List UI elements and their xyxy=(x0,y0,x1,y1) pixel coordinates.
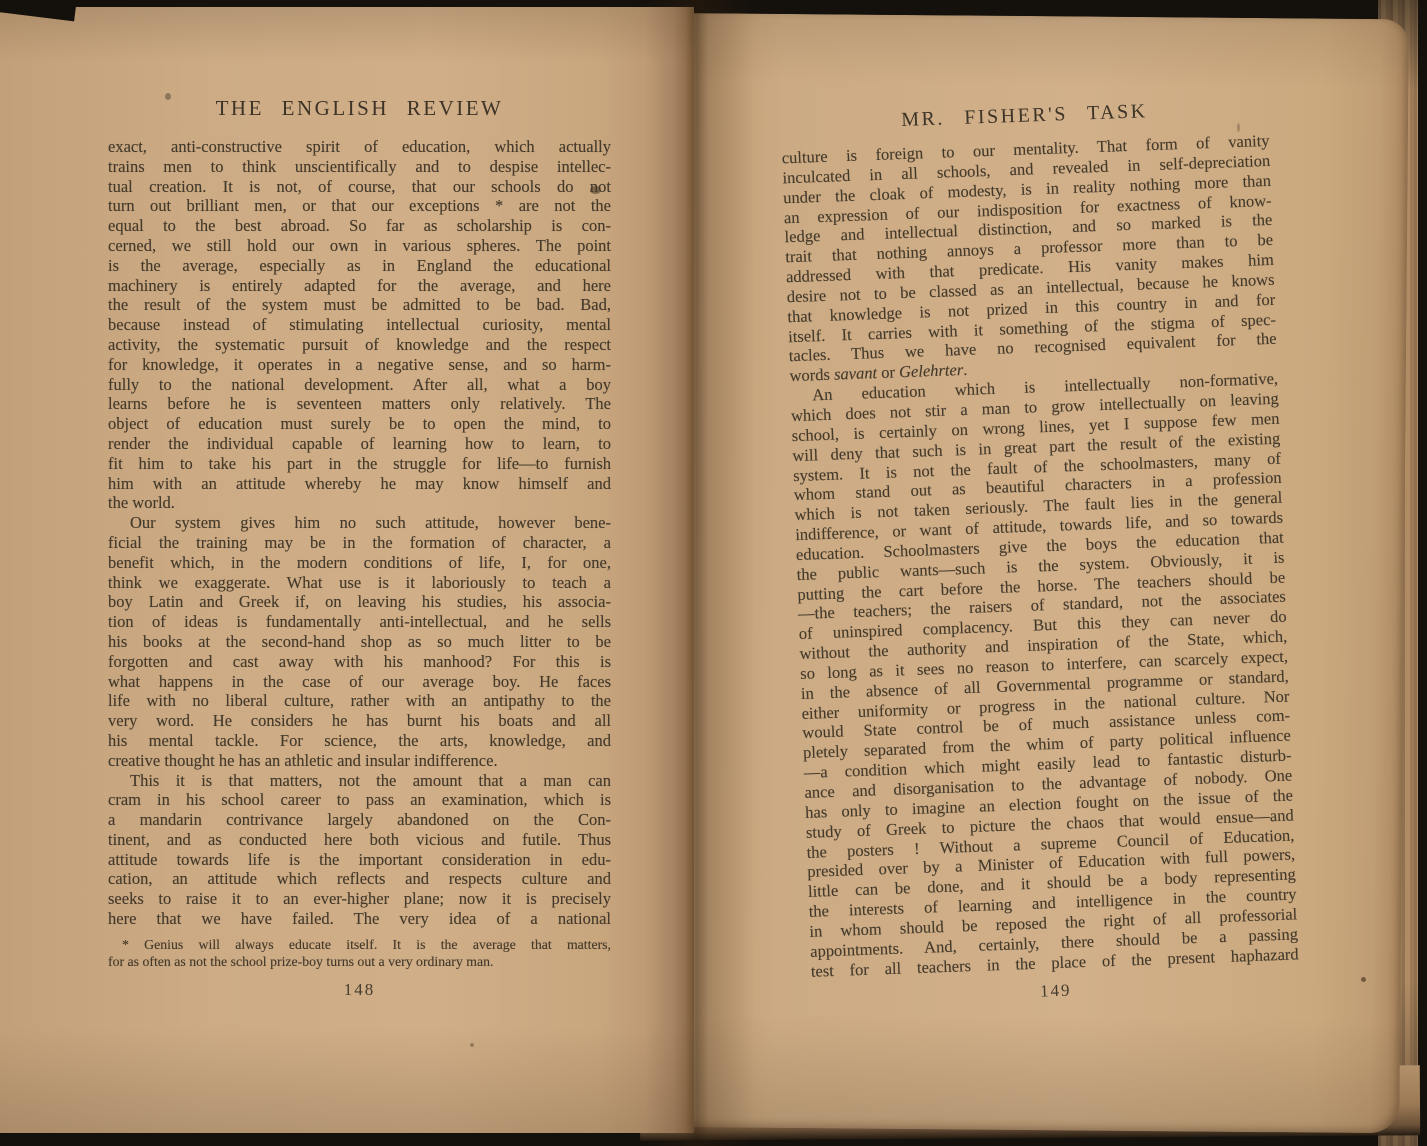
text-line: tinent, and as conducted here both vicio… xyxy=(108,830,611,850)
text-line: creative thought he has an athletic and … xyxy=(108,751,611,771)
left-page: THE ENGLISH REVIEW exact, anti-construct… xyxy=(0,7,694,1133)
text-line: exact, anti-constructive spirit of educa… xyxy=(108,137,611,157)
text-line: Our system gives him no such attitude, h… xyxy=(108,513,611,533)
text-line: the result of the system must be admitte… xyxy=(108,295,611,315)
text-line: fit him to take his part in the struggle… xyxy=(108,454,611,474)
right-page-body: MR. FISHER'S TASK culture is foreign to … xyxy=(780,95,1300,1010)
text-line: activity, the systematic pursuit of know… xyxy=(108,335,611,355)
text-line: for knowledge, it operates in a negative… xyxy=(108,355,611,375)
text-line: is the average, especially as in England… xyxy=(108,256,611,276)
text-line: ficial the training may be in the format… xyxy=(108,533,611,553)
right-page: MR. FISHER'S TASK culture is foreign to … xyxy=(671,13,1409,1133)
text-line: cation, an attitude which reflects and r… xyxy=(108,869,611,889)
text-line: because instead of stimulating intellect… xyxy=(108,315,611,335)
text-line: think we exaggerate. What use is it labo… xyxy=(108,573,611,593)
text-line: seeks to raise it to an ever-higher plan… xyxy=(108,889,611,909)
text-line: the world. xyxy=(108,493,611,513)
text-line: benefit which, in the modern conditions … xyxy=(108,553,611,573)
text-line: trains men to think unscientifically and… xyxy=(108,157,611,177)
text-line: for as often as not the school prize-boy… xyxy=(108,953,611,970)
text-line: fully to the national development. After… xyxy=(108,375,611,395)
book-spread-scan: MR. FISHER'S TASK culture is foreign to … xyxy=(0,0,1427,1146)
text-line: machinery is entirely adapted for the av… xyxy=(108,276,611,296)
text-line: very word. He considers he has burnt his… xyxy=(108,711,611,731)
text-line: turn out brilliant men, or that our exce… xyxy=(108,196,611,216)
text-line: * Genius will always educate itself. It … xyxy=(108,936,611,953)
text-line: learns before he is seventeen matters on… xyxy=(108,394,611,414)
left-page-header: THE ENGLISH REVIEW xyxy=(108,95,611,121)
text-line: equal to the best abroad. So far as scho… xyxy=(108,216,611,236)
left-page-text: exact, anti-constructive spirit of educa… xyxy=(108,137,611,929)
text-line: cram in his school career to pass an exa… xyxy=(108,790,611,810)
text-line: This it is that matters, not the amount … xyxy=(108,771,611,791)
text-line: boy Latin and Greek if, on leaving his s… xyxy=(108,592,611,612)
right-page-text: culture is foreign to our mentality. Tha… xyxy=(781,131,1299,981)
right-page-header: MR. FISHER'S TASK xyxy=(780,95,1269,137)
text-line: a mandarin contrivance largely abandoned… xyxy=(108,810,611,830)
text-line: attitude towards life is the important c… xyxy=(108,850,611,870)
text-line: life with no liberal culture, rather wit… xyxy=(108,691,611,711)
left-page-body: THE ENGLISH REVIEW exact, anti-construct… xyxy=(108,95,611,1000)
text-line: cerned, we still hold our own in various… xyxy=(108,236,611,256)
text-line: forgotten and cast away with his manhood… xyxy=(108,652,611,672)
text-line: his books at the second-hand shop as so … xyxy=(108,632,611,652)
left-page-number: 148 xyxy=(108,980,611,1000)
text-line: him with an attitude whereby he may know… xyxy=(108,474,611,494)
text-line: his mental tackle. For science, the arts… xyxy=(108,731,611,751)
text-line: here that we have failed. The very idea … xyxy=(108,909,611,929)
left-page-footnote: * Genius will always educate itself. It … xyxy=(108,936,611,971)
text-line: object of education must surely be to op… xyxy=(108,414,611,434)
text-line: render the individual capable of learnin… xyxy=(108,434,611,454)
text-line: tual creation. It is not, of course, tha… xyxy=(108,177,611,197)
text-line: tion of ideas is fundamentally anti-inte… xyxy=(108,612,611,632)
text-line: what happens in the case of our average … xyxy=(108,672,611,692)
